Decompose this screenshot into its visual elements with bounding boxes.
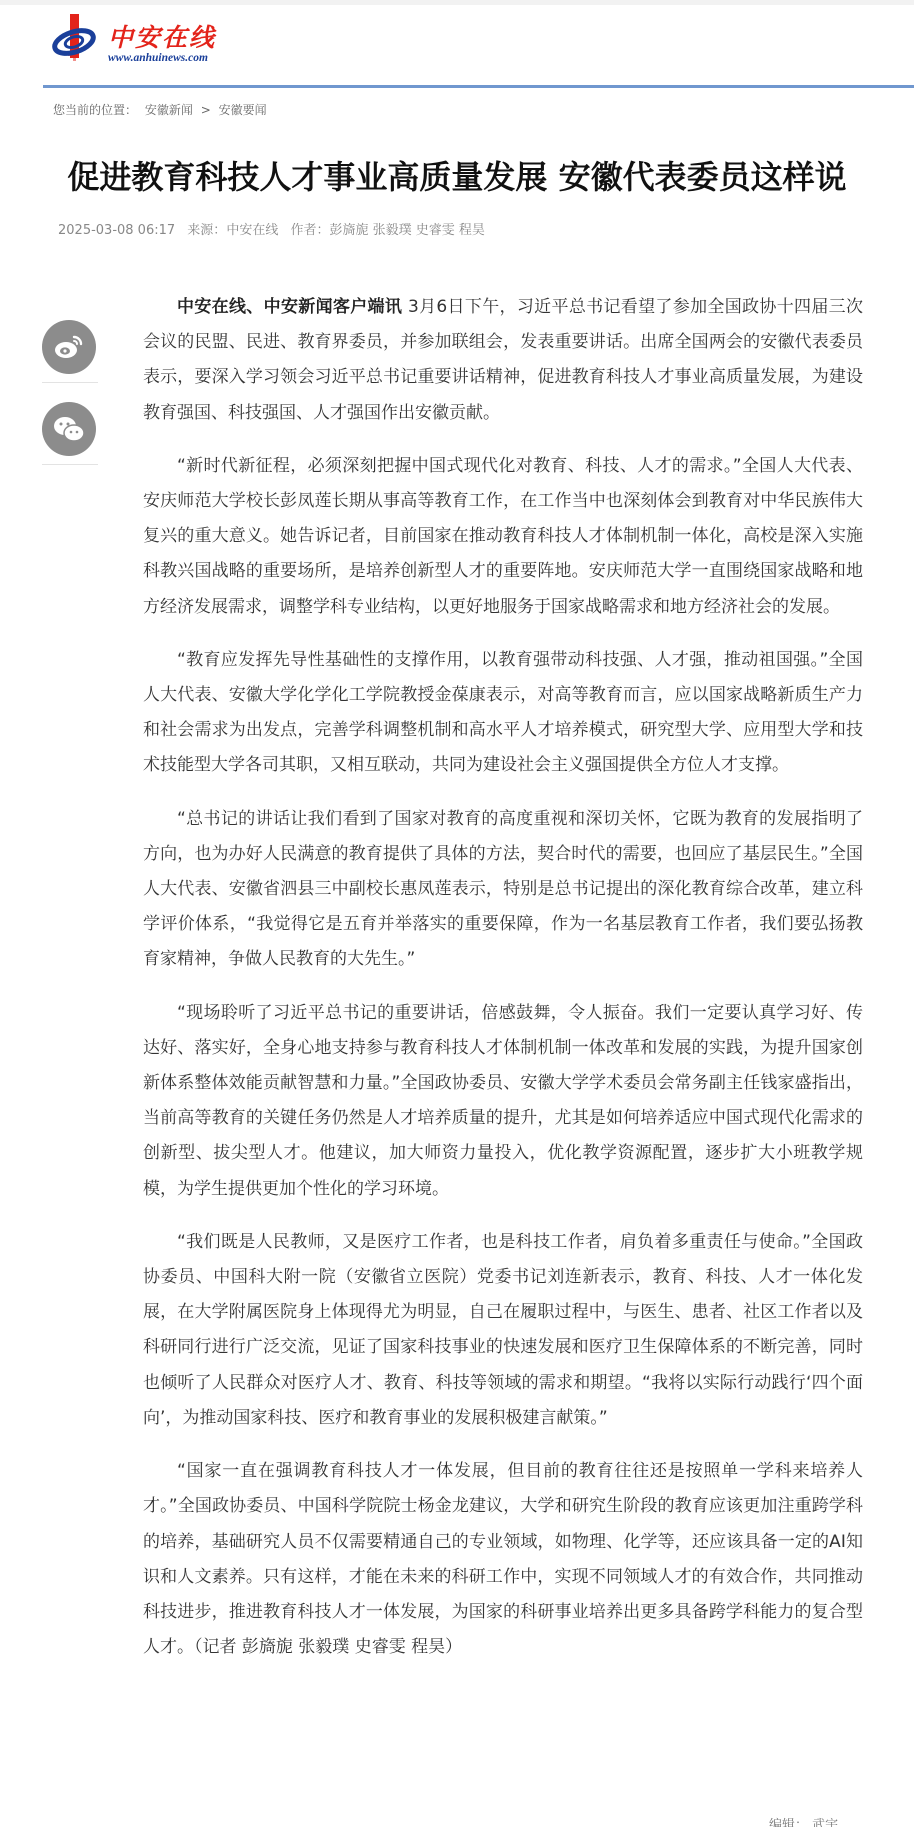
top-band bbox=[0, 0, 914, 5]
paragraph: “总书记的讲话让我们看到了国家对教育的高度重视和深切关怀，它既为教育的发展指明了… bbox=[143, 802, 863, 978]
author-value: 彭旖旎 张毅璞 史睿雯 程昊 bbox=[329, 223, 484, 238]
header-divider bbox=[43, 85, 914, 88]
editor-name: 武宇 bbox=[812, 1818, 838, 1827]
share-wechat-button[interactable] bbox=[42, 402, 98, 465]
paragraph: “国家一直在强调教育科技人才一体发展，但目前的教育往往还是按照单一学科来培养人才… bbox=[143, 1454, 863, 1665]
paragraph: “教育应发挥先导性基础性的支撑作用，以教育强带动科技强、人才强，推动祖国强。”全… bbox=[143, 643, 863, 784]
source-value: 中安在线 bbox=[226, 223, 278, 238]
share-weibo-button[interactable] bbox=[42, 320, 98, 383]
weibo-icon[interactable] bbox=[42, 320, 96, 374]
source-label: 来源： bbox=[187, 223, 226, 238]
share-divider bbox=[42, 464, 98, 465]
article-body: 中安在线、中安新闻客户端讯 3月6日下午，习近平总书记看望了参加全国政协十四届三… bbox=[143, 290, 863, 1683]
breadcrumb-separator: > bbox=[201, 103, 211, 117]
logo-text: 中安在线 bbox=[108, 18, 216, 54]
share-divider bbox=[42, 382, 98, 383]
breadcrumb-label: 您当前的位置： bbox=[53, 103, 137, 117]
wechat-icon[interactable] bbox=[42, 402, 96, 456]
article-meta: 2025-03-08 06:17 来源：中安在线 作者：彭旖旎 张毅璞 史睿雯 … bbox=[58, 219, 493, 238]
paragraph: 中安在线、中安新闻客户端讯 3月6日下午，习近平总书记看望了参加全国政协十四届三… bbox=[143, 290, 863, 431]
breadcrumb-item-anhui-headlines[interactable]: 安徽要闻 bbox=[219, 103, 267, 117]
editor-credit: 编辑： 武宇 bbox=[769, 1814, 838, 1827]
logo-emblem-icon bbox=[52, 12, 108, 68]
paragraph: “新时代新征程，必须深刻把握中国式现代化对教育、科技、人才的需求。”全国人大代表… bbox=[143, 449, 863, 625]
author-label: 作者： bbox=[290, 223, 329, 238]
logo-url: www.anhuinews.com bbox=[108, 52, 208, 64]
publish-date: 2025-03-08 06:17 bbox=[58, 223, 175, 238]
article-title: 促进教育科技人才事业高质量发展 安徽代表委员这样说 bbox=[0, 152, 914, 198]
breadcrumb-item-anhui-news[interactable]: 安徽新闻 bbox=[145, 103, 193, 117]
paragraph: “现场聆听了习近平总书记的重要讲话，倍感鼓舞，令人振奋。我们一定要认真学习好、传… bbox=[143, 996, 863, 1207]
site-logo[interactable]: 中安在线 www.anhuinews.com bbox=[52, 12, 242, 72]
lead-dateline: 中安在线、中安新闻客户端讯 bbox=[177, 297, 402, 317]
editor-label: 编辑： bbox=[769, 1818, 808, 1827]
breadcrumb: 您当前的位置： 安徽新闻 > 安徽要闻 bbox=[53, 101, 271, 118]
paragraph: “我们既是人民教师，又是医疗工作者，也是科技工作者，肩负着多重责任与使命。”全国… bbox=[143, 1225, 863, 1436]
